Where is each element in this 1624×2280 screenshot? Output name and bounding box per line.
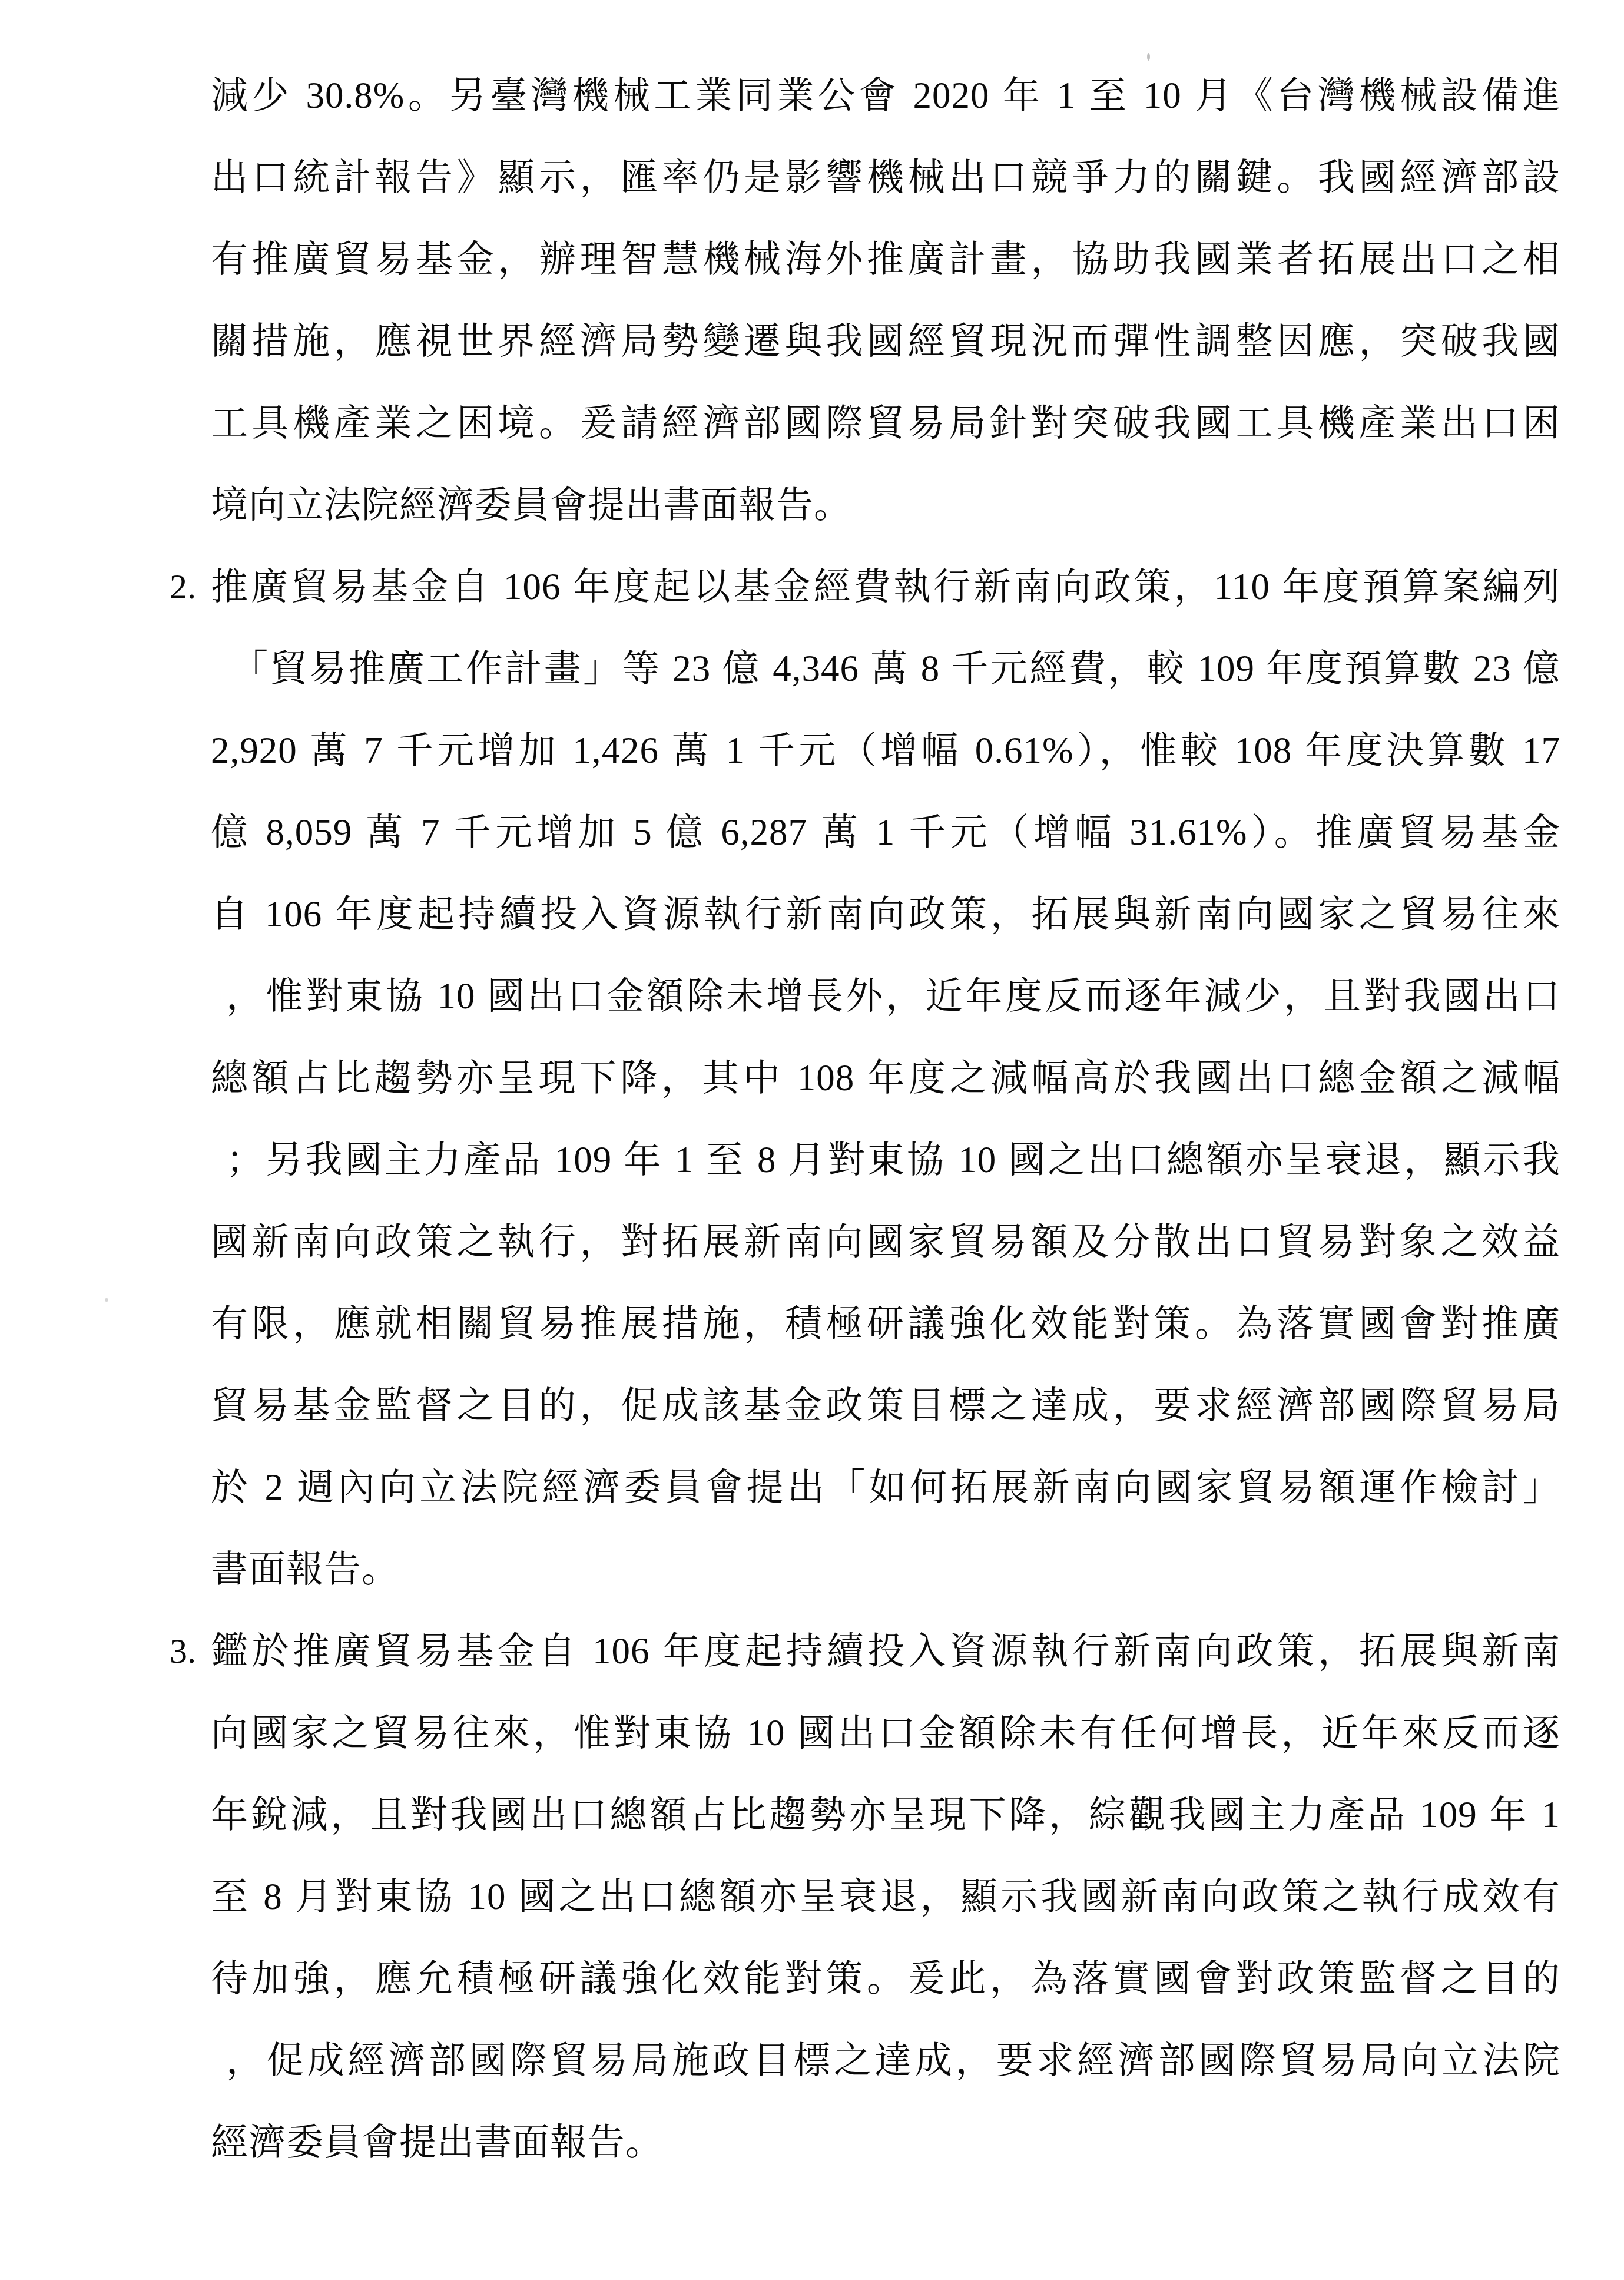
text-line: 年銳減，且對我國出口總額占比趨勢亦呈現下降，綜觀我國主力產品 109 年 1 (211, 1795, 1560, 1835)
text-line-content: 鑑於推廣貿易基金自 106 年度起持續投入資源執行新南向政策，拓展與新南 (211, 1630, 1560, 1672)
text-line: 工具機產業之困境。爰請經濟部國際貿易局針對突破我國工具機產業出口困 (211, 403, 1560, 443)
text-line: 出口統計報告》顯示，匯率仍是影響機械出口競爭力的關鍵。我國經濟部設 (211, 157, 1560, 197)
text-line: 書面報告。 (211, 1549, 1560, 1589)
scan-artifact (1147, 53, 1150, 61)
text-line: 至 8 月對東協 10 國之出口總額亦呈衰退，顯示我國新南向政策之執行成效有 (211, 1877, 1560, 1917)
scan-artifact (105, 1298, 108, 1302)
text-line: ，促成經濟部國際貿易局施政目標之達成，要求經濟部國際貿易局向立法院 (211, 2040, 1560, 2080)
text-line: 減少 30.8%。另臺灣機械工業同業公會 2020 年 1 至 10 月《台灣機… (211, 75, 1560, 115)
text-line: 待加強，應允積極研議強化效能對策。爰此，為落實國會對政策監督之目的 (211, 1958, 1560, 1998)
text-line: 經濟委員會提出書面報告。 (211, 2122, 1560, 2162)
text-line-content: 推廣貿易基金自 106 年度起以基金經費執行新南向政策，110 年度預算案編列 (211, 566, 1560, 607)
text-line: 向國家之貿易往來，惟對東協 10 國出口金額除未有任何增長，近年來反而逐 (211, 1713, 1560, 1753)
text-line: 有推廣貿易基金，辦理智慧機械海外推廣計畫，協助我國業者拓展出口之相 (211, 239, 1560, 279)
text-line: 2.推廣貿易基金自 106 年度起以基金經費執行新南向政策，110 年度預算案編… (211, 567, 1560, 607)
text-line: 關措施，應視世界經濟局勢變遷與我國經貿現況而彈性調整因應，突破我國 (211, 321, 1560, 361)
text-line: ，惟對東協 10 國出口金額除未增長外，近年度反而逐年減少，且對我國出口 (211, 976, 1560, 1016)
text-line: 「貿易推廣工作計畫」等 23 億 4,346 萬 8 千元經費，較 109 年度… (211, 648, 1560, 689)
text-line: 國新南向政策之執行，對拓展新南向國家貿易額及分散出口貿易對象之效益 (211, 1222, 1560, 1262)
text-line: 於 2 週內向立法院經濟委員會提出「如何拓展新南向國家貿易額運作檢討」 (211, 1467, 1560, 1507)
text-line: 3.鑑於推廣貿易基金自 106 年度起持續投入資源執行新南向政策，拓展與新南 (211, 1631, 1560, 1671)
text-line: ；另我國主力產品 109 年 1 至 8 月對東協 10 國之出口總額亦呈衰退，… (211, 1140, 1560, 1180)
text-line: 有限，應就相關貿易推展措施，積極研議強化效能對策。為落實國會對推廣 (211, 1303, 1560, 1343)
text-line: 境向立法院經濟委員會提出書面報告。 (211, 485, 1560, 525)
text-line: 總額占比趨勢亦呈現下降，其中 108 年度之減幅高於我國出口總金額之減幅 (211, 1058, 1560, 1098)
text-line: 2,920 萬 7 千元增加 1,426 萬 1 千元（增幅 0.61%），惟較… (211, 730, 1560, 770)
item-number: 2. (170, 568, 196, 606)
text-line: 自 106 年度起持續投入資源執行新南向政策，拓展與新南向國家之貿易往來 (211, 894, 1560, 934)
document-page: 減少 30.8%。另臺灣機械工業同業公會 2020 年 1 至 10 月《台灣機… (0, 0, 1624, 2280)
text-line: 億 8,059 萬 7 千元增加 5 億 6,287 萬 1 千元（增幅 31.… (211, 812, 1560, 852)
text-line: 貿易基金監督之目的，促成該基金政策目標之達成，要求經濟部國際貿易局 (211, 1385, 1560, 1425)
item-number: 3. (170, 1632, 196, 1670)
